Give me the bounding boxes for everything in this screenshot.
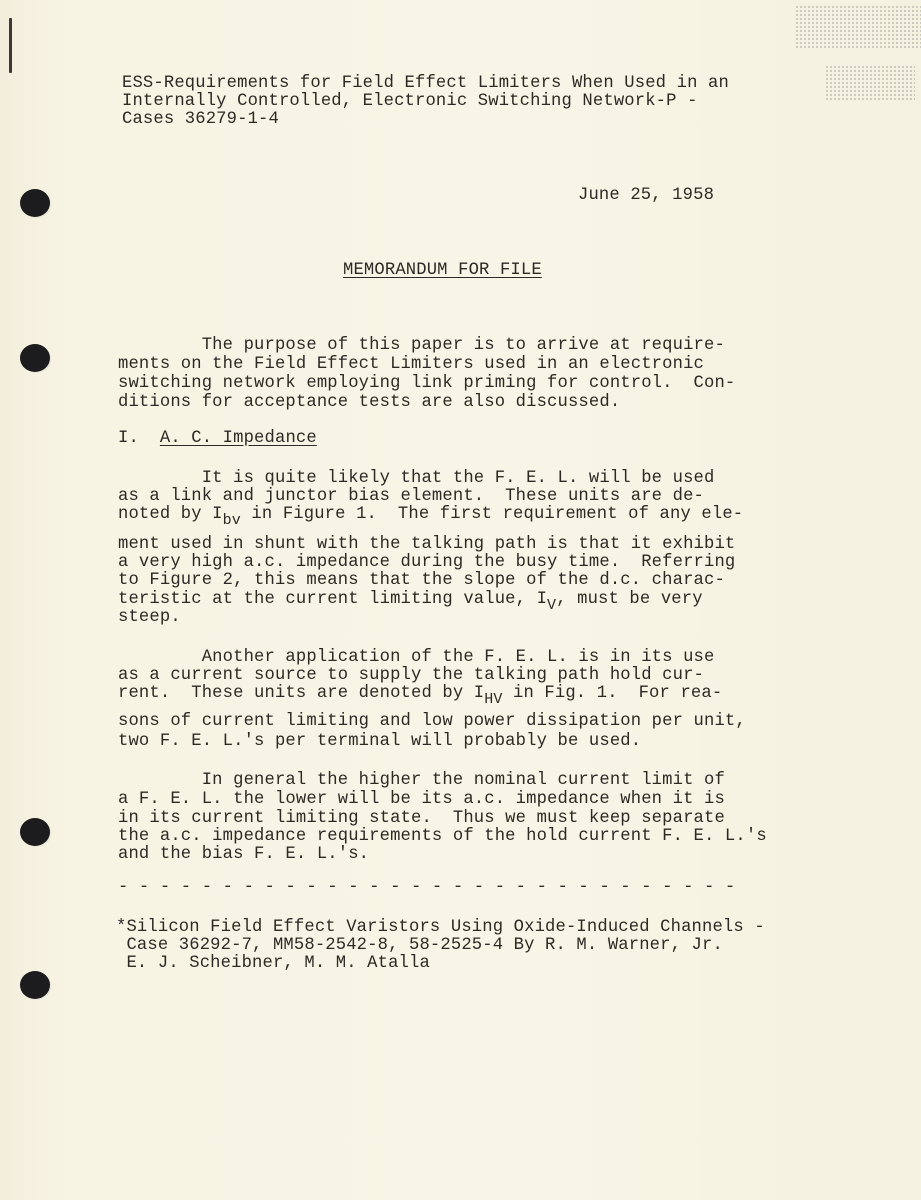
staple-mark — [9, 18, 12, 73]
subscript: V — [547, 597, 556, 614]
para3-line: the a.c. impedance requirements of the h… — [118, 827, 767, 847]
punch-hole — [20, 818, 50, 846]
para1-line: noted by Ibv in Figure 1. The first requ… — [118, 505, 743, 525]
para2-line: as a current source to supply the talkin… — [118, 666, 704, 686]
text: teristic at the current limiting value, … — [118, 590, 547, 609]
footnote-line: *Silicon Field Effect Varistors Using Ox… — [116, 918, 765, 938]
text: , must be very — [556, 590, 703, 609]
memo-heading: MEMORANDUM FOR FILE — [343, 261, 542, 281]
punch-hole — [20, 344, 50, 372]
scan-speckle — [825, 65, 915, 100]
subscript: bv — [223, 512, 241, 529]
memo-date: June 25, 1958 — [578, 186, 714, 206]
para1-line: It is quite likely that the F. E. L. wil… — [118, 469, 714, 489]
text: in Figure 1. The first requirement of an… — [241, 505, 743, 524]
memo-page: ESS-Requirements for Field Effect Limite… — [0, 0, 921, 1200]
scan-speckle — [795, 5, 921, 50]
footnote-line: Case 36292-7, MM58-2542-8, 58-2525-4 By … — [116, 936, 723, 956]
para1-line: ment used in shunt with the talking path… — [118, 535, 735, 555]
para1-line: as a link and junctor bias element. Thes… — [118, 487, 704, 507]
para1-line: teristic at the current limiting value, … — [118, 590, 703, 610]
subject-line: Internally Controlled, Electronic Switch… — [122, 92, 698, 112]
section-title: A. C. Impedance — [160, 429, 317, 448]
para3-line: in its current limiting state. Thus we m… — [118, 809, 725, 829]
section-number: I. — [118, 429, 139, 448]
text: in Fig. 1. For rea- — [503, 684, 723, 703]
intro-line: ditions for acceptance tests are also di… — [118, 393, 620, 413]
para1-line: steep. — [118, 608, 181, 628]
punch-hole — [20, 971, 50, 999]
subject-line: ESS-Requirements for Field Effect Limite… — [122, 74, 729, 94]
punch-hole — [20, 189, 50, 217]
subject-line: Cases 36279-1-4 — [122, 110, 279, 130]
footnote-separator: - - - - - - - - - - - - - - - - - - - - … — [118, 878, 735, 898]
text: noted by I — [118, 505, 223, 524]
intro-line: ments on the Field Effect Limiters used … — [118, 355, 704, 375]
para1-line: to Figure 2, this means that the slope o… — [118, 571, 725, 591]
para3-line: and the bias F. E. L.'s. — [118, 845, 369, 865]
subscript: HV — [484, 691, 502, 708]
para2-line: rent. These units are denoted by IHV in … — [118, 684, 722, 704]
section-heading: I. A. C. Impedance — [118, 429, 317, 449]
text: rent. These units are denoted by I — [118, 684, 484, 703]
intro-line: switching network employing link priming… — [118, 374, 735, 394]
para2-line: sons of current limiting and low power d… — [118, 712, 746, 732]
para2-line: two F. E. L.'s per terminal will probabl… — [118, 732, 641, 752]
para3-line: In general the higher the nominal curren… — [118, 771, 725, 791]
para1-line: a very high a.c. impedance during the bu… — [118, 553, 735, 573]
intro-line: The purpose of this paper is to arrive a… — [118, 336, 725, 356]
para3-line: a F. E. L. the lower will be its a.c. im… — [118, 790, 725, 810]
footnote-line: E. J. Scheibner, M. M. Atalla — [116, 954, 430, 974]
para2-line: Another application of the F. E. L. is i… — [118, 648, 714, 668]
